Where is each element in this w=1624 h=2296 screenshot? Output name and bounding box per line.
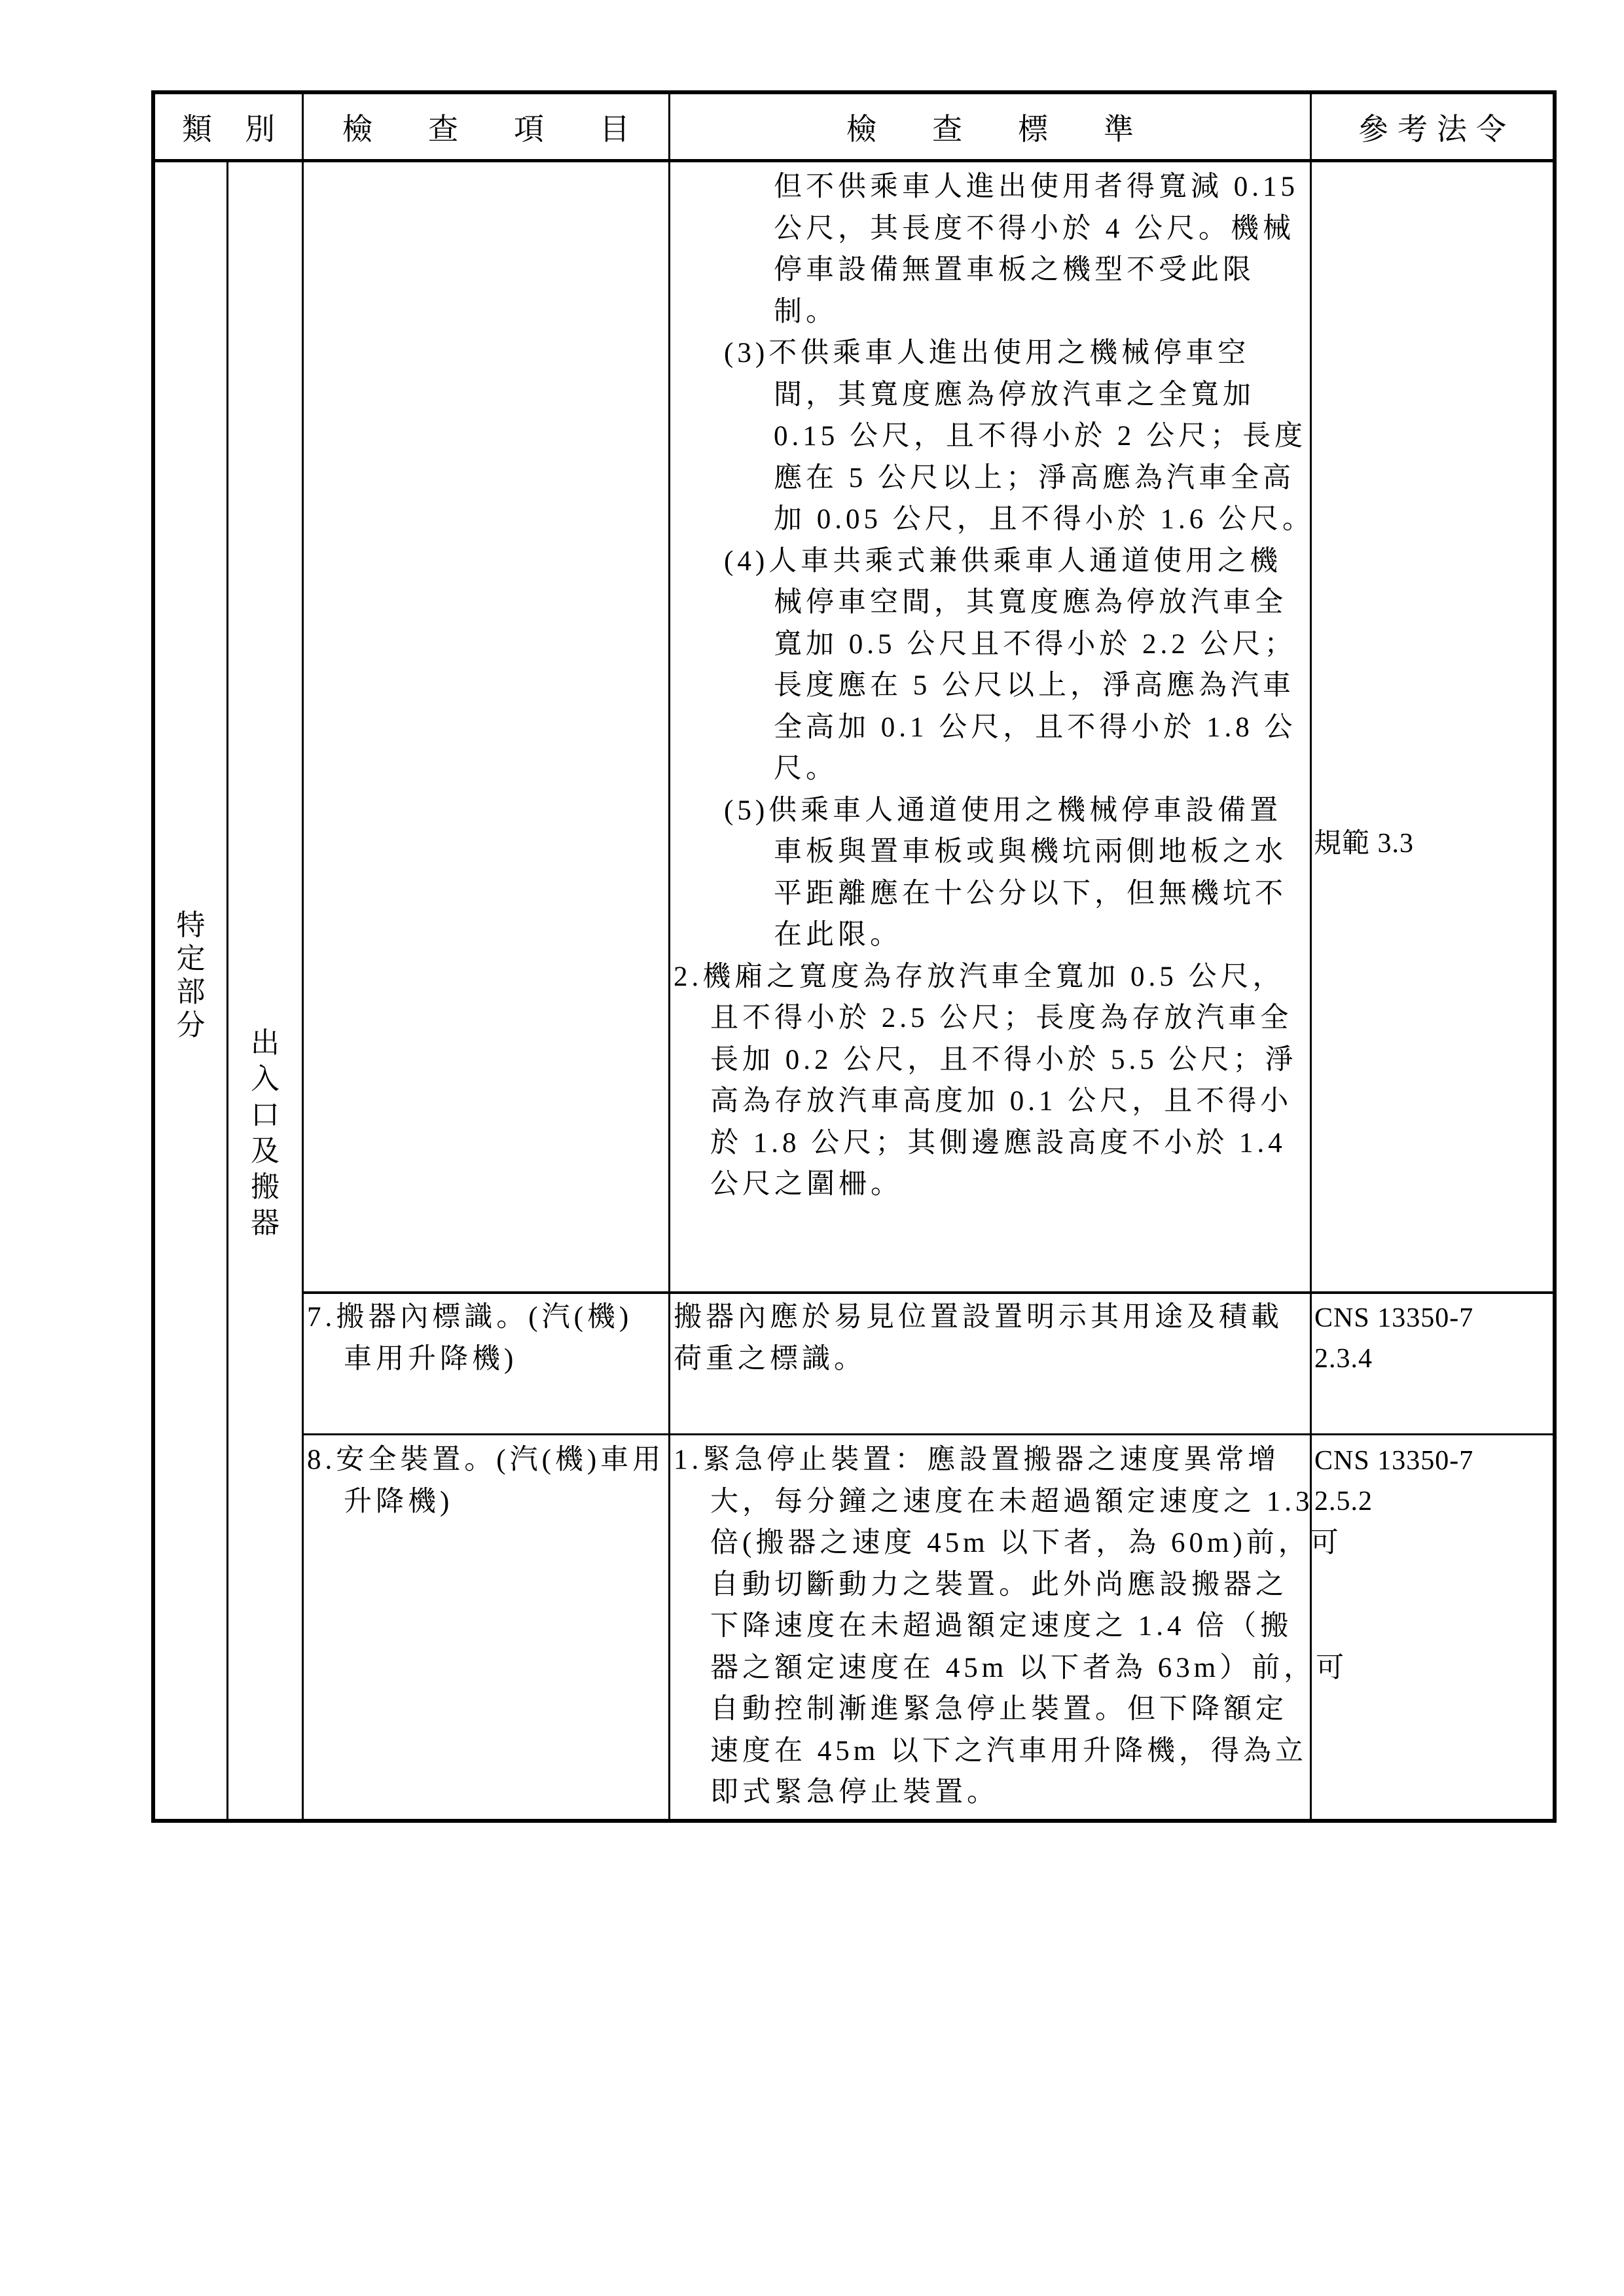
vertical-char: 入 bbox=[228, 1061, 302, 1097]
text-line: 制。 bbox=[774, 291, 1310, 333]
text-line: 高為存放汽車高度加 0.1 公尺，且不得小 bbox=[710, 1081, 1310, 1122]
text-line: 8.安全裝置。(汽(機)車用 bbox=[307, 1439, 668, 1481]
text-line: (5)供乘車人通道使用之機械停車設備置 bbox=[724, 790, 1310, 832]
text-line: (3)不供乘車人進出使用之機械停車空 bbox=[724, 332, 1310, 374]
row8-item-text: 8.安全裝置。(汽(機)車用升降機) bbox=[304, 1437, 668, 1522]
text-line: 車板與置車板或與機坑兩側地板之水 bbox=[774, 831, 1310, 873]
text-line: 2.機廂之寬度為存放汽車全寬加 0.5 公尺， bbox=[674, 956, 1310, 998]
text-line: 速度在 45m 以下之汽車用升降機，得為立 bbox=[710, 1731, 1310, 1772]
category-label-special-section: 特定部分 bbox=[155, 908, 226, 1042]
text-line: CNS 13350-7 bbox=[1314, 1441, 1553, 1481]
text-line: 7.搬器內標識。(汽(機) bbox=[307, 1297, 668, 1338]
text-line: 升降機) bbox=[344, 1481, 668, 1523]
text-line: 2.5.2 bbox=[1314, 1481, 1553, 1522]
row7-reference: CNS 13350-72.3.4 bbox=[1312, 1295, 1553, 1379]
header-standard-label: 檢查標準 bbox=[846, 105, 1189, 149]
text-line: 全高加 0.1 公尺，且不得小於 1.8 公 bbox=[774, 707, 1310, 749]
text-line: 停車設備無置車板之機型不受此限 bbox=[774, 249, 1310, 291]
text-line: 平距離應在十公分以下，但無機坑不 bbox=[774, 873, 1310, 915]
text-line: 長度應在 5 公尺以上，淨高應為汽車 bbox=[774, 665, 1310, 707]
text-line: 於 1.8 公尺；其側邊應設高度不小於 1.4 bbox=[710, 1122, 1310, 1164]
text-line: 長加 0.2 公尺，且不得小於 5.5 公尺；淨 bbox=[710, 1039, 1310, 1081]
row-main-standard-text: 但不供乘車人進出使用者得寬減 0.15公尺，其長度不得小於 4 公尺。機械停車設… bbox=[670, 162, 1310, 1206]
text-line: 在此限。 bbox=[774, 914, 1310, 956]
row7-item-text: 7.搬器內標識。(汽(機)車用升降機) bbox=[304, 1295, 668, 1380]
text-line: 加 0.05 公尺，且不得小於 1.6 公尺。 bbox=[774, 499, 1310, 541]
text-line: 但不供乘車人進出使用者得寬減 0.15 bbox=[774, 166, 1310, 208]
text-line: 寬加 0.5 公尺且不得小於 2.2 公尺； bbox=[774, 624, 1310, 666]
row8-standard-text: 1.緊急停止裝置：應設置搬器之速度異常增大，每分鐘之速度在未超過額定速度之 1.… bbox=[670, 1437, 1310, 1814]
header-reference-label: 參考法令 bbox=[1358, 105, 1515, 149]
text-line: 自動切斷動力之裝置。此外尚應設搬器之 bbox=[710, 1564, 1310, 1606]
divider-standard-reference bbox=[1310, 94, 1312, 1819]
text-line: 0.15 公尺，且不得小於 2 公尺；長度 bbox=[774, 416, 1310, 457]
text-line: 荷重之標識。 bbox=[674, 1338, 1310, 1380]
page: { "page": {"background": "#ffffff", "tex… bbox=[0, 0, 1624, 2296]
text-line: CNS 13350-7 bbox=[1314, 1298, 1553, 1338]
divider-row7-top bbox=[302, 1291, 1553, 1294]
vertical-char: 特 bbox=[155, 908, 226, 942]
vertical-char: 口 bbox=[228, 1097, 302, 1133]
header-category-label: 類別 bbox=[182, 105, 308, 149]
text-line: 大，每分鐘之速度在未超過額定速度之 1.3 bbox=[710, 1481, 1310, 1523]
text-line: 2.3.4 bbox=[1314, 1338, 1553, 1379]
vertical-char: 出 bbox=[228, 1025, 302, 1061]
header-reference: 參考法令 bbox=[1312, 94, 1553, 159]
text-line: 倍(搬器之速度 45m 以下者，為 60m)前，可 bbox=[710, 1522, 1310, 1564]
text-line: 應在 5 公尺以上；淨高應為汽車全高 bbox=[774, 457, 1310, 499]
divider-category-item bbox=[302, 94, 304, 1819]
vertical-char: 分 bbox=[155, 1009, 226, 1042]
text-line: 器之額定速度在 45m 以下者為 63m）前，可 bbox=[710, 1647, 1310, 1689]
text-line: 下降速度在未超過額定速度之 1.4 倍（搬 bbox=[710, 1605, 1310, 1647]
text-line: 公尺之圍柵。 bbox=[710, 1164, 1310, 1206]
inspection-table: 類別 檢查項目 檢查標準 參考法令 特定部分 出入口及搬器 但不供乘車人進出使用… bbox=[151, 90, 1557, 1823]
divider-category-sub bbox=[226, 159, 228, 1819]
divider-row8-top bbox=[302, 1433, 1553, 1435]
text-line: 公尺，其長度不得小於 4 公尺。機械 bbox=[774, 208, 1310, 250]
text-line: 車用升降機) bbox=[344, 1338, 668, 1380]
header-item-label: 檢查項目 bbox=[342, 105, 685, 149]
vertical-char: 及 bbox=[228, 1133, 302, 1169]
text-line: 搬器內應於易見位置設置明示其用途及積載 bbox=[674, 1297, 1310, 1338]
text-line: 尺。 bbox=[774, 748, 1310, 790]
header-item: 檢查項目 bbox=[304, 94, 668, 159]
vertical-char: 搬 bbox=[228, 1169, 302, 1205]
text-line: 1.緊急停止裝置：應設置搬器之速度異常增 bbox=[674, 1439, 1310, 1481]
row7-standard-text: 搬器內應於易見位置設置明示其用途及積載荷重之標識。 bbox=[670, 1295, 1310, 1380]
header-standard: 檢查標準 bbox=[670, 94, 1310, 159]
text-line: (4)人車共乘式兼供乘車人通道使用之機 bbox=[724, 541, 1310, 583]
vertical-char: 定 bbox=[155, 942, 226, 975]
vertical-char: 器 bbox=[228, 1205, 302, 1241]
category-label-entrance-and-carrier: 出入口及搬器 bbox=[228, 1025, 302, 1241]
row8-reference: CNS 13350-72.5.2 bbox=[1312, 1437, 1553, 1522]
text-line: 且不得小於 2.5 公尺；長度為存放汽車全 bbox=[710, 997, 1310, 1039]
text-line: 自動控制漸進緊急停止裝置。但下降額定 bbox=[710, 1689, 1310, 1731]
text-line: 間，其寬度應為停放汽車之全寬加 bbox=[774, 374, 1310, 416]
row-main-reference: 規範 3.3 bbox=[1314, 823, 1553, 864]
header-category: 類別 bbox=[155, 94, 302, 159]
text-line: 即式緊急停止裝置。 bbox=[710, 1772, 1310, 1814]
text-line: 械停車空間，其寬度應為停放汽車全 bbox=[774, 582, 1310, 624]
vertical-char: 部 bbox=[155, 975, 226, 1009]
